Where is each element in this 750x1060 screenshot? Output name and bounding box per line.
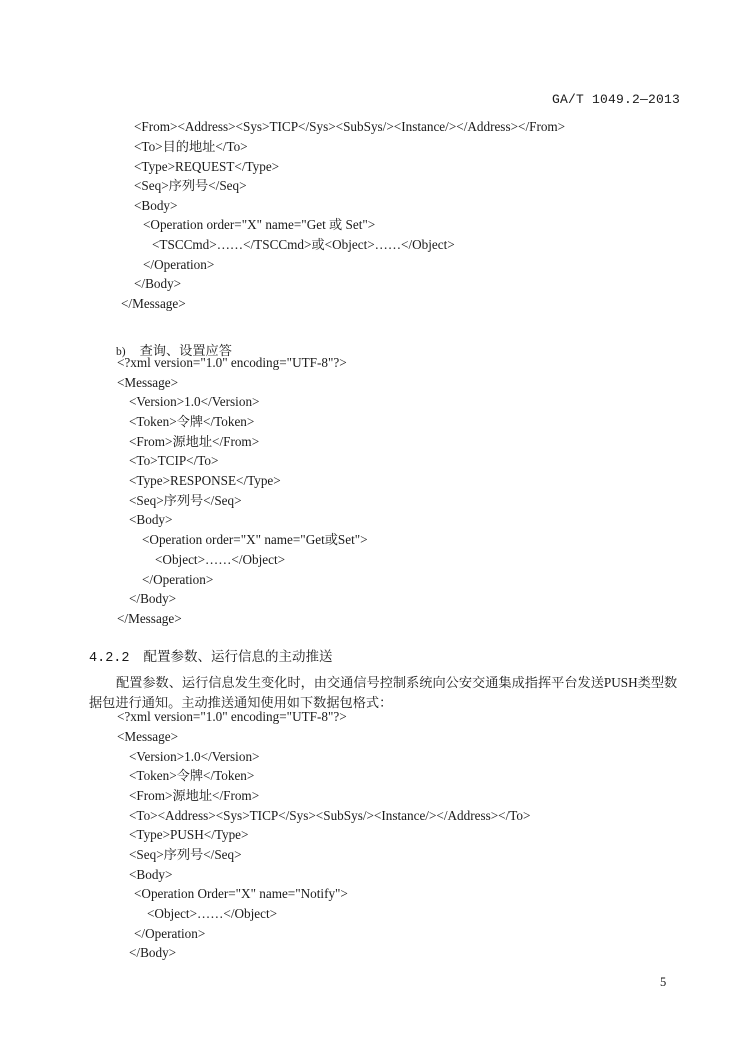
code-line: <Version>1.0</Version> <box>129 394 259 410</box>
page-header: GA/T 1049.2—2013 <box>552 92 680 107</box>
code-line: <From><Address><Sys>TICP</Sys><SubSys/><… <box>134 119 565 135</box>
code-line: <From>源地址</From> <box>129 788 259 804</box>
code-line: <Version>1.0</Version> <box>129 749 259 765</box>
code-line: </Operation> <box>134 926 205 942</box>
code-line: <To>TCIP</To> <box>129 453 218 469</box>
code-line: </Message> <box>121 296 186 312</box>
section-heading: 4.2.2配置参数、运行信息的主动推送 <box>89 645 333 666</box>
code-line: <To>目的地址</To> <box>134 139 248 155</box>
code-line: <To><Address><Sys>TICP</Sys><SubSys/><In… <box>129 808 530 824</box>
code-line: </Body> <box>129 945 176 961</box>
code-line: </Body> <box>129 591 176 607</box>
code-line: </Operation> <box>143 257 214 273</box>
code-line: <Body> <box>129 512 172 528</box>
code-line: <TSCCmd>……</TSCCmd>或<Object>……</Object> <box>152 237 455 253</box>
code-line: <Seq>序列号</Seq> <box>129 493 242 509</box>
code-line: <Token>令牌</Token> <box>129 414 254 430</box>
code-line: <Object>……</Object> <box>147 906 277 922</box>
code-line: <Seq>序列号</Seq> <box>129 847 242 863</box>
code-line: <From>源地址</From> <box>129 434 259 450</box>
section-number: 4.2.2 <box>89 651 130 666</box>
code-line: <Type>RESPONSE</Type> <box>129 473 281 489</box>
code-line: <Operation order="X" name="Get或Set"> <box>142 532 368 548</box>
code-line: </Operation> <box>142 572 213 588</box>
code-line: </Message> <box>117 611 182 627</box>
page-number: 5 <box>660 975 666 990</box>
section-paragraph: 配置参数、运行信息发生变化时，由交通信号控制系统向公安交通集成指挥平台发送PUS… <box>89 673 683 713</box>
code-line: <Operation Order="X" name="Notify"> <box>134 886 348 902</box>
code-line: </Body> <box>134 276 181 292</box>
code-line: <Type>REQUEST</Type> <box>134 159 279 175</box>
code-line: <Operation order="X" name="Get 或 Set"> <box>143 217 375 233</box>
code-line: <Object>……</Object> <box>155 552 285 568</box>
code-line: <?xml version="1.0" encoding="UTF-8"?> <box>117 355 347 371</box>
code-line: <?xml version="1.0" encoding="UTF-8"?> <box>117 709 347 725</box>
code-line: <Seq>序列号</Seq> <box>134 178 247 194</box>
section-title: 配置参数、运行信息的主动推送 <box>144 649 333 665</box>
code-line: <Type>PUSH</Type> <box>129 827 248 843</box>
code-line: <Body> <box>134 198 177 214</box>
code-line: <Message> <box>117 375 178 391</box>
code-line: <Body> <box>129 867 172 883</box>
code-line: <Token>令牌</Token> <box>129 768 254 784</box>
code-line: <Message> <box>117 729 178 745</box>
